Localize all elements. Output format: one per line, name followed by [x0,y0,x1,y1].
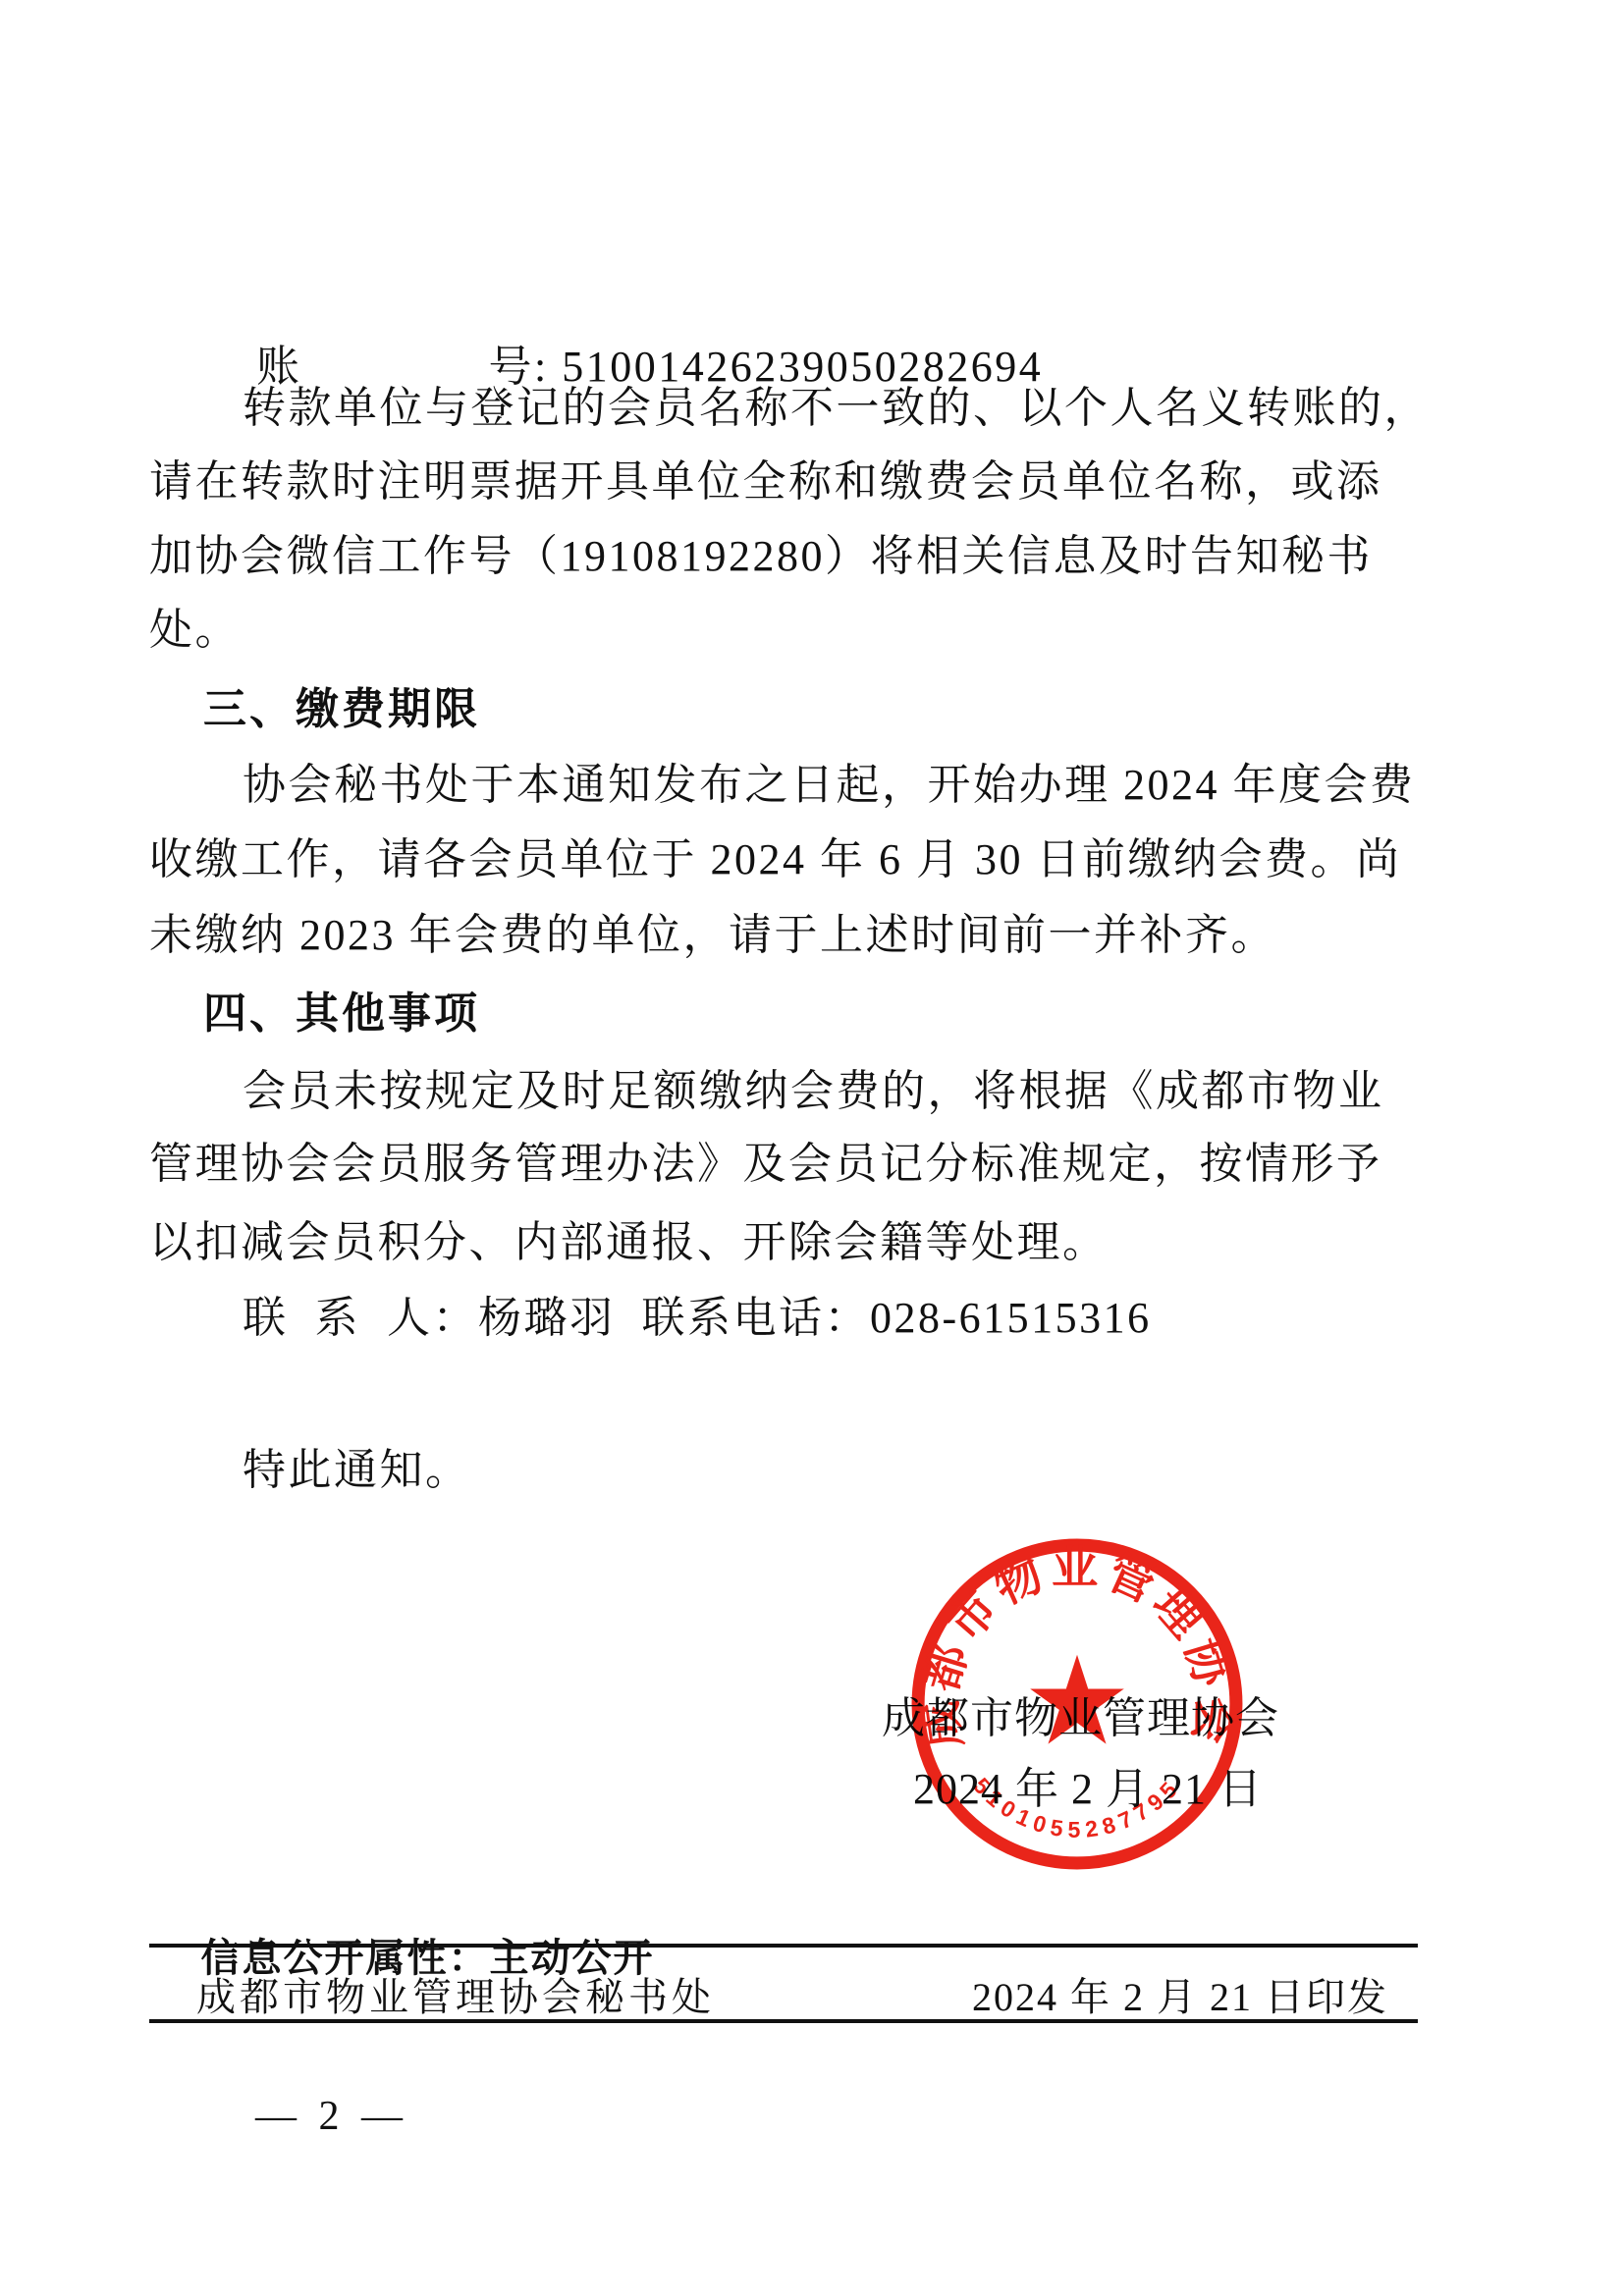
official-seal-stamp: 成都市物业管理协会 5101055287795 [904,1531,1250,1877]
paragraph-line: 加协会微信工作号（19108192280）将相关信息及时告知秘书 [149,531,1373,582]
seal-serial-number: 5101055287795 [968,1773,1186,1842]
paragraph-line: 请在转款时注明票据开具单位全称和缴费会员单位名称，或添 [149,456,1382,507]
footer-issuer: 成都市物业管理协会秘书处 [196,1966,715,2022]
paragraph-line: 管理协会会员服务管理办法》及会员记分标准规定，按情形予 [149,1139,1382,1190]
paragraph-line: 会员未按规定及时足额缴纳会费的，将根据《成都市物业 [243,1066,1384,1117]
section-three-heading: 三、缴费期限 [203,684,480,735]
closing-line: 特此通知。 [243,1445,471,1496]
contact-line: 联 系 人：杨璐羽 联系电话：028-61515316 [243,1293,1152,1344]
footer-print-date: 2024 年 2 月 21 日印发 [972,1966,1388,2022]
paragraph-line: 未缴纳 2023 年会费的单位，请于上述时间前一并补齐。 [149,910,1276,961]
paragraph-line: 收缴工作，请各会员单位于 2024 年 6 月 30 日前缴纳会费。尚 [149,834,1402,885]
document-page: 账号: 51001426239050282694 转款单位与登记的会员名称不一致… [0,0,1624,2296]
paragraph-line: 处。 [149,605,241,656]
footer-divider-top [149,1944,1418,1948]
paragraph-line: 以扣减会员积分、内部通报、开除会籍等处理。 [149,1217,1109,1268]
seal-star-icon [1030,1655,1124,1744]
footer-divider-bottom [149,2019,1418,2023]
section-four-heading: 四、其他事项 [203,988,480,1040]
paragraph-line: 转款单位与登记的会员名称不一致的、以个人名义转账的， [243,383,1430,434]
page-number: — 2 — [255,2093,408,2140]
paragraph-line: 协会秘书处于本通知发布之日起，开始办理 2024 年度会费 [243,760,1416,811]
